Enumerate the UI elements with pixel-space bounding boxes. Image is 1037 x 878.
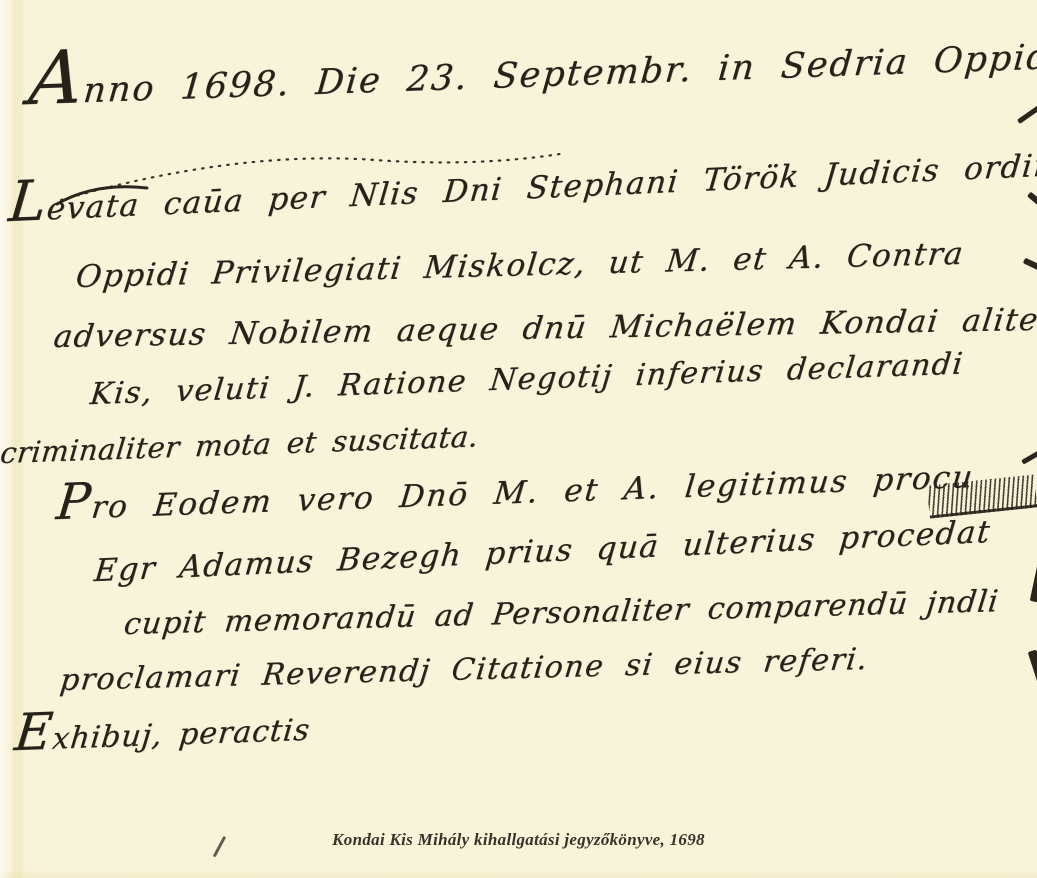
ink-edge-mark — [1028, 649, 1037, 686]
manuscript-line-11: Exhibuj, peractis — [13, 714, 312, 757]
manuscript-line-5: Kis, veluti J. Ratione Negotij inferius … — [89, 348, 966, 412]
manuscript-line-10: proclamari Reverendj Citatione si eius r… — [58, 643, 870, 697]
manuscript-line-9: cupit memorandū ad Personaliter comparen… — [122, 585, 1000, 641]
manuscript-page: Anno 1698. Die 23. Septembr. in Sedria O… — [0, 0, 1037, 878]
ink-edge-mark — [1017, 105, 1037, 124]
ink-edge-mark — [1021, 450, 1037, 464]
manuscript-line-7: Pro Eodem vero Dnō M. et A. legitimus pr… — [54, 460, 975, 526]
manuscript-line-4: adversus Nobilem aeque dnū Michaëlem Kon… — [52, 303, 1037, 355]
manuscript-line-8: Egr Adamus Bezegh prius quā ulterius pro… — [93, 515, 993, 588]
ink-edge-mark — [1027, 192, 1037, 207]
ink-edge-mark — [1023, 258, 1037, 273]
manuscript-line-6: criminaliter mota et suscitata. — [0, 421, 480, 470]
manuscript-line-2: Levata caūa per Nlis Dni Stephani Török … — [7, 146, 1037, 229]
manuscript-line-1: Anno 1698. Die 23. Septembr. in Sedria O… — [27, 31, 1037, 113]
caption: Kondai Kis Mihály kihallgatási jegyzőkön… — [0, 830, 1037, 850]
ink-edge-mark — [1030, 560, 1037, 603]
manuscript-line-3: Oppidi Privilegiati Miskolcz, ut M. et A… — [74, 237, 966, 294]
